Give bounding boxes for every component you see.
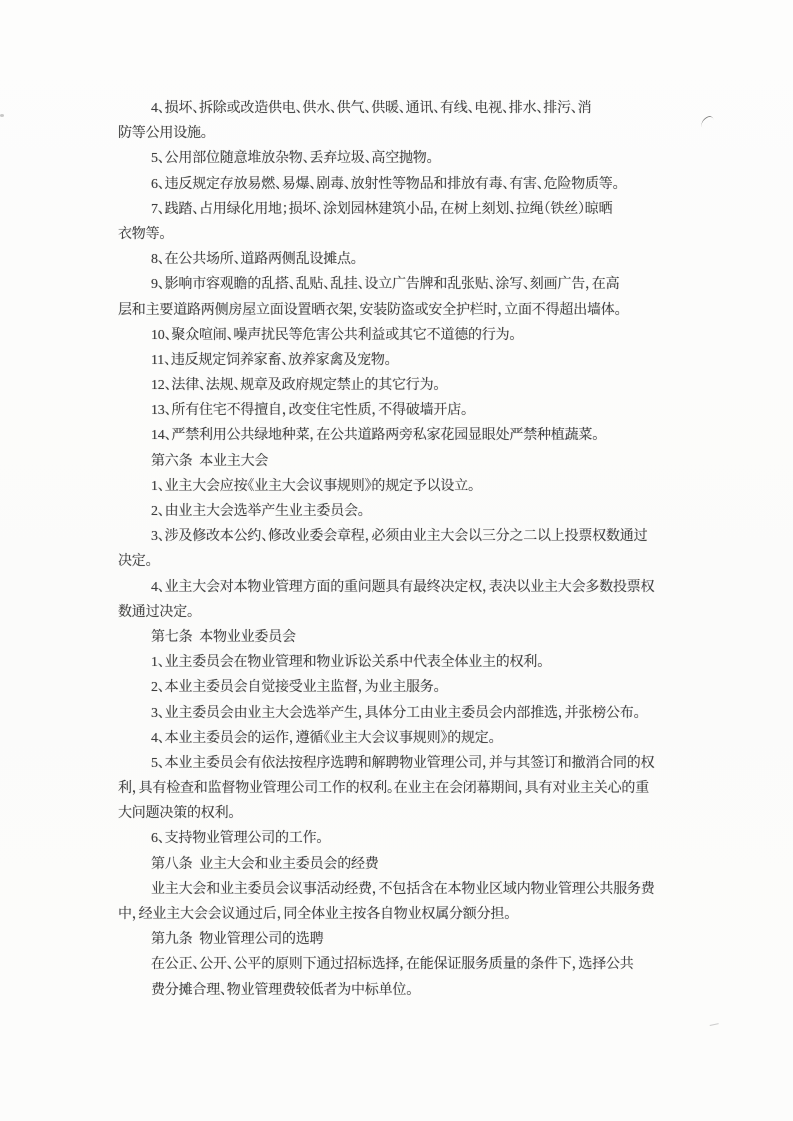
doc-line: 1、业主委员会在物业管理和物业诉讼关系中代表全体业主的权利。 [118,650,674,675]
doc-line: 数通过决定。 [118,600,674,625]
doc-line: 8、在公共场所、道路两侧乱设摊点。 [118,247,674,272]
doc-line: 7、践踏、占用绿化用地；损坏、涂划园林建筑小品，在树上刻划、拉绳（铁丝）晾晒 [118,197,674,222]
doc-line: 12、法律、法规、规章及政府规定禁止的其它行为。 [118,373,674,398]
doc-line: 2、由业主大会选举产生业主委员会。 [118,499,674,524]
doc-line: 11、违反规定饲养家畜、放养家禽及宠物。 [118,348,674,373]
doc-line: 6、支持物业管理公司的工作。 [118,826,674,851]
section-heading: 第八条 业主大会和业主委员会的经费 [118,852,674,877]
doc-line: 3、涉及修改本公约、修改业委会章程，必须由业主大会以三分之二以上投票权数通过 [118,524,674,549]
doc-line: 费分摊合理、物业管理费较低者为中标单位。 [118,978,674,1003]
doc-line: 衣物等。 [118,222,674,247]
doc-line: 5、公用部位随意堆放杂物、丢弃垃圾、高空抛物。 [118,146,674,171]
doc-line: 在公正、公开、公平的原则下通过招标选择，在能保证服务质量的条件下，选择公共 [118,952,674,977]
doc-line: 1、业主大会应按《业主大会议事规则》的规定予以设立。 [118,474,674,499]
doc-line: 防等公用设施。 [118,121,674,146]
scan-speck-artifact [0,114,4,117]
doc-line: 层和主要道路两侧房屋立面设置晒衣架，安装防盗或安全护栏时，立面不得超出墙体。 [118,298,674,323]
scanned-document-page: 4、损坏、拆除或改造供电、供水、供气、供暖、通讯、有线、电视、排水、排污、消防等… [0,0,793,1121]
doc-line: 6、违反规定存放易燃、易爆、剧毒、放射性等物品和排放有毒、有害、危险物质等。 [118,172,674,197]
section-heading: 第九条 物业管理公司的选聘 [118,927,674,952]
doc-line: 决定。 [118,549,674,574]
pen-mark-artifact [699,115,715,128]
doc-line: 4、本业主委员会的运作，遵循《业主大会议事规则》的规定。 [118,726,674,751]
doc-line: 业主大会和业主委员会议事活动经费，不包括含在本物业区域内物业管理公共服务费 [118,877,674,902]
doc-line: 大问题决策的权利。 [118,801,674,826]
doc-line: 3、业主委员会由业主大会选举产生，具体分工由业主委员会内部推选，并张榜公布。 [118,701,674,726]
document-text-block: 4、损坏、拆除或改造供电、供水、供气、供暖、通讯、有线、电视、排水、排污、消防等… [118,96,674,1003]
doc-line: 中，经业主大会会议通过后，同全体业主按各自物业权属分额分担。 [118,902,674,927]
doc-line: 4、业主大会对本物业管理方面的重问题具有最终决定权，表决以业主大会多数投票权 [118,575,674,600]
section-heading: 第六条 本业主大会 [118,449,674,474]
doc-line: 10、聚众喧闹、噪声扰民等危害公共利益或其它不道德的行为。 [118,323,674,348]
doc-line: 13、所有住宅不得擅自，改变住宅性质，不得破墙开店。 [118,398,674,423]
section-heading: 第七条 本物业业委员会 [118,625,674,650]
doc-line: 14、严禁利用公共绿地种菜，在公共道路两旁私家花园显眼处严禁种植蔬菜。 [118,423,674,448]
scan-speck-artifact [710,1023,720,1029]
doc-line: 4、损坏、拆除或改造供电、供水、供气、供暖、通讯、有线、电视、排水、排污、消 [118,96,674,121]
doc-line: 2、本业主委员会自觉接受业主监督，为业主服务。 [118,675,674,700]
doc-line: 9、影响市容观瞻的乱搭、乱贴、乱挂、设立广告牌和乱张贴、涂写、刻画广告，在高 [118,272,674,297]
doc-line: 5、本业主委员会有依法按程序选聘和解聘物业管理公司，并与其签订和撤消合同的权 [118,751,674,776]
doc-line: 利，具有检查和监督物业管理公司工作的权利。在业主在会闭幕期间，具有对业主关心的重 [118,776,674,801]
